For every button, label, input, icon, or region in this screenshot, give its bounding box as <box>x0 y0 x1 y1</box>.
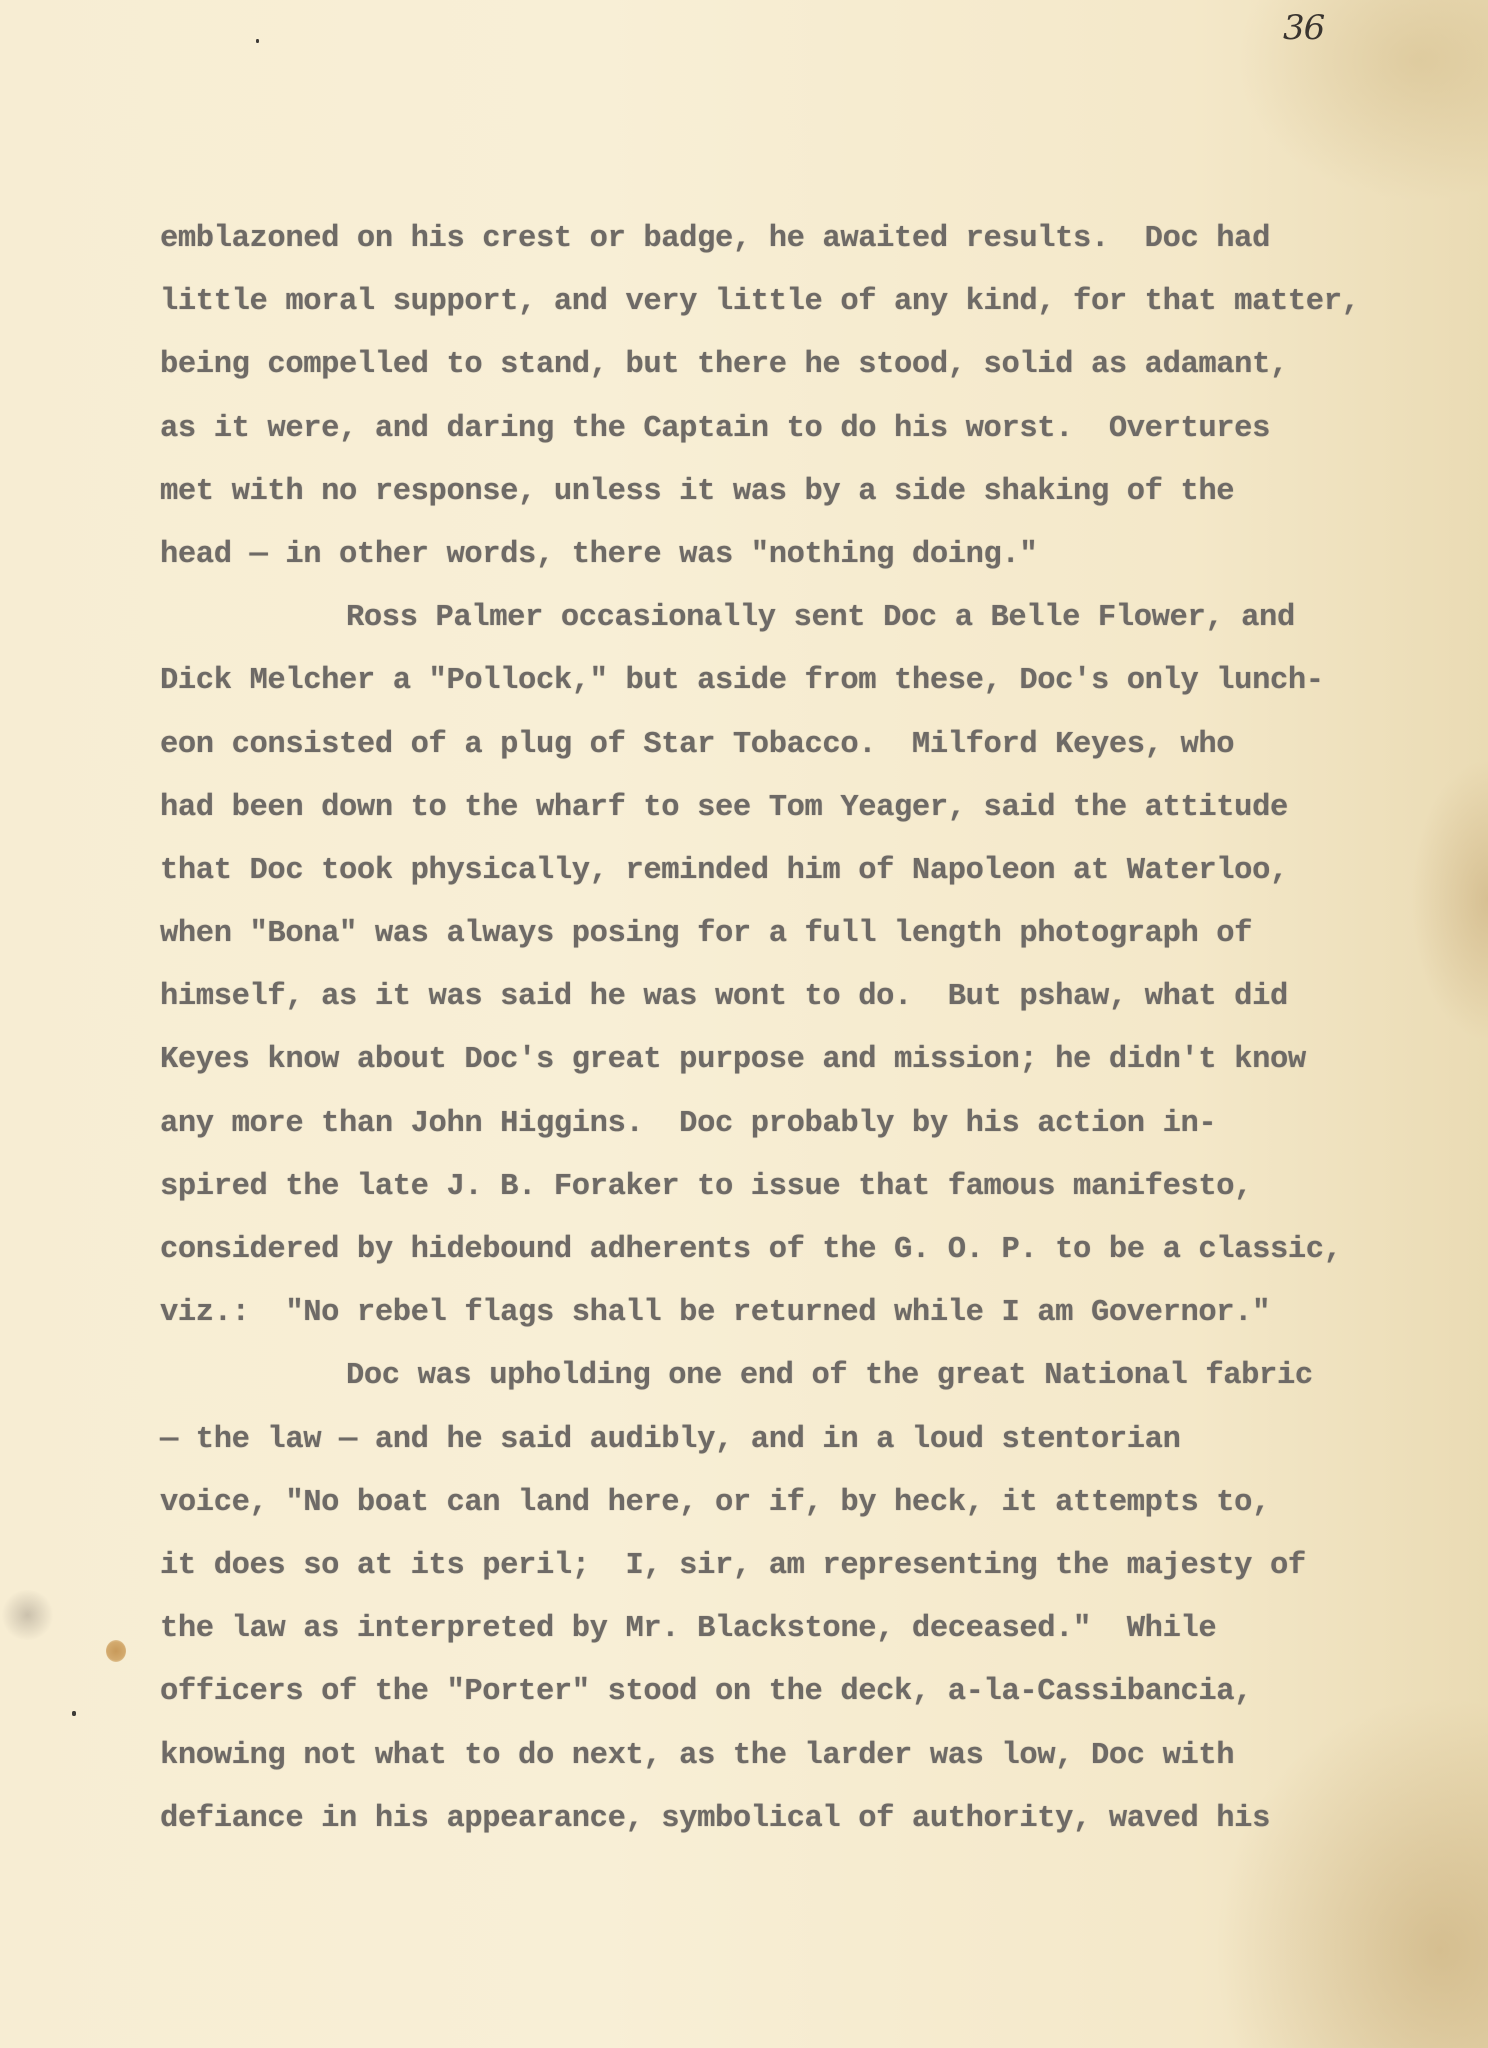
ink-smudge <box>0 1590 55 1640</box>
text-line: head — in other words, there was "nothin… <box>160 524 1460 587</box>
text-line: when "Bona" was always posing for a full… <box>160 903 1460 966</box>
text-line: himself, as it was said he was wont to d… <box>160 966 1460 1029</box>
text-line: knowing not what to do next, as the lard… <box>160 1725 1460 1788</box>
body-text: emblazoned on his crest or badge, he awa… <box>160 208 1460 1851</box>
text-line: it does so at its peril; I, sir, am repr… <box>160 1535 1460 1598</box>
text-line: voice, "No boat can land here, or if, by… <box>160 1472 1460 1535</box>
text-line: any more than John Higgins. Doc probably… <box>160 1093 1460 1156</box>
text-line: had been down to the wharf to see Tom Ye… <box>160 777 1460 840</box>
text-line: officers of the "Porter" stood on the de… <box>160 1661 1460 1724</box>
paragraph-start-line: Ross Palmer occasionally sent Doc a Bell… <box>160 587 1460 650</box>
text-line: defiance in his appearance, symbolical o… <box>160 1788 1460 1851</box>
text-line: spired the late J. B. Foraker to issue t… <box>160 1156 1460 1219</box>
text-line: — the law — and he said audibly, and in … <box>160 1409 1460 1472</box>
text-line: being compelled to stand, but there he s… <box>160 334 1460 397</box>
page-number: 36 <box>1283 8 1324 48</box>
text-line: that Doc took physically, reminded him o… <box>160 840 1460 903</box>
typewritten-page: 36 emblazoned on his crest or badge, he … <box>0 0 1488 2048</box>
text-line: viz.: "No rebel flags shall be returned … <box>160 1282 1460 1345</box>
stain-spot <box>106 1640 126 1662</box>
text-line: met with no response, unless it was by a… <box>160 461 1460 524</box>
text-line: little moral support, and very little of… <box>160 271 1460 334</box>
paragraph-start-line: Doc was upholding one end of the great N… <box>160 1345 1460 1408</box>
text-line: emblazoned on his crest or badge, he awa… <box>160 208 1460 271</box>
ink-speck <box>256 39 259 43</box>
text-line: the law as interpreted by Mr. Blackstone… <box>160 1598 1460 1661</box>
text-line: Keyes know about Doc's great purpose and… <box>160 1029 1460 1092</box>
text-line: as it were, and daring the Captain to do… <box>160 398 1460 461</box>
text-line: eon consisted of a plug of Star Tobacco.… <box>160 714 1460 777</box>
ink-speck <box>72 1711 76 1716</box>
text-line: considered by hidebound adherents of the… <box>160 1219 1460 1282</box>
text-line: Dick Melcher a "Pollock," but aside from… <box>160 650 1460 713</box>
